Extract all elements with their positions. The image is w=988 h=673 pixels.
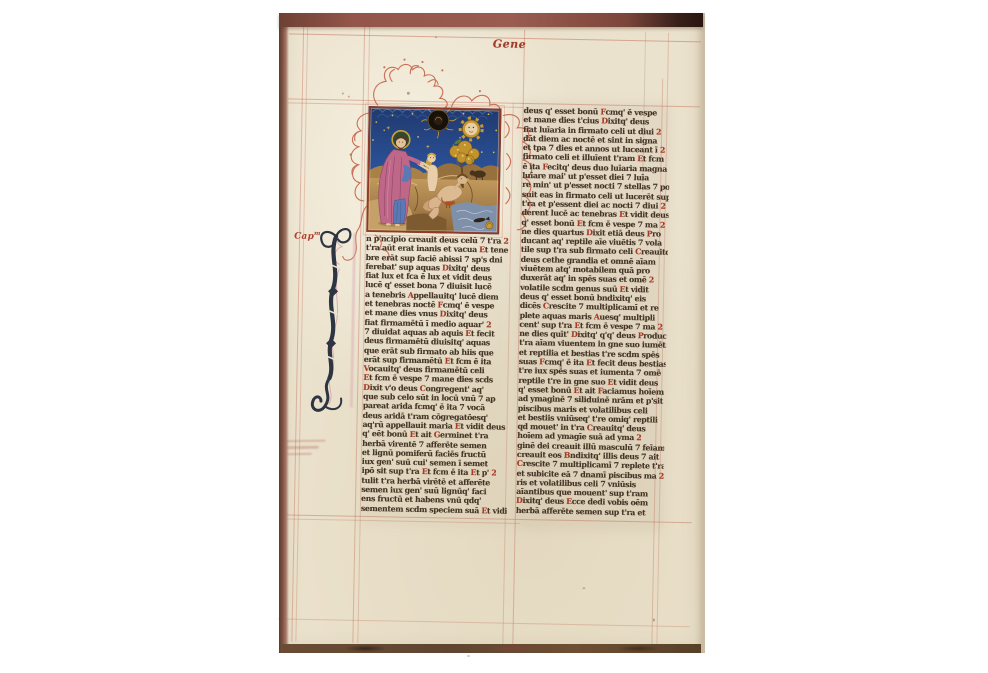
stain: [582, 587, 585, 589]
gold-spiral-motif: [486, 222, 493, 229]
water: [450, 202, 500, 234]
page-content: Gene Capm: [271, 11, 707, 659]
text-column-right: deus q' esset bonū Fcmq' ē vespeet mane …: [516, 106, 671, 521]
manuscript-text-line: herbā afferēte semen sup t'ra et: [516, 506, 663, 518]
manuscript-text-line: sementem scdm speciem suā Et vidit: [361, 504, 507, 516]
miniature-creation-scene: [366, 106, 501, 235]
running-title: Gene: [493, 37, 527, 51]
ruling-line: [278, 618, 690, 627]
text-column-left: n p'ncipio creauit deus celū 7 t'ra 2t'r…: [361, 234, 512, 518]
binding-bottom-edge: [282, 644, 701, 653]
binding-top-edge: [279, 13, 703, 27]
manuscript-photo: Gene Capm: [279, 13, 705, 653]
stain: [342, 92, 344, 94]
stain: [653, 619, 655, 622]
stain: [348, 96, 350, 98]
stain: [467, 655, 470, 657]
initial-stem: [312, 228, 350, 410]
stain: [435, 36, 437, 38]
binding-left-edge: [279, 23, 289, 653]
faded-marginal-note: [286, 436, 333, 473]
stain: [407, 92, 410, 95]
